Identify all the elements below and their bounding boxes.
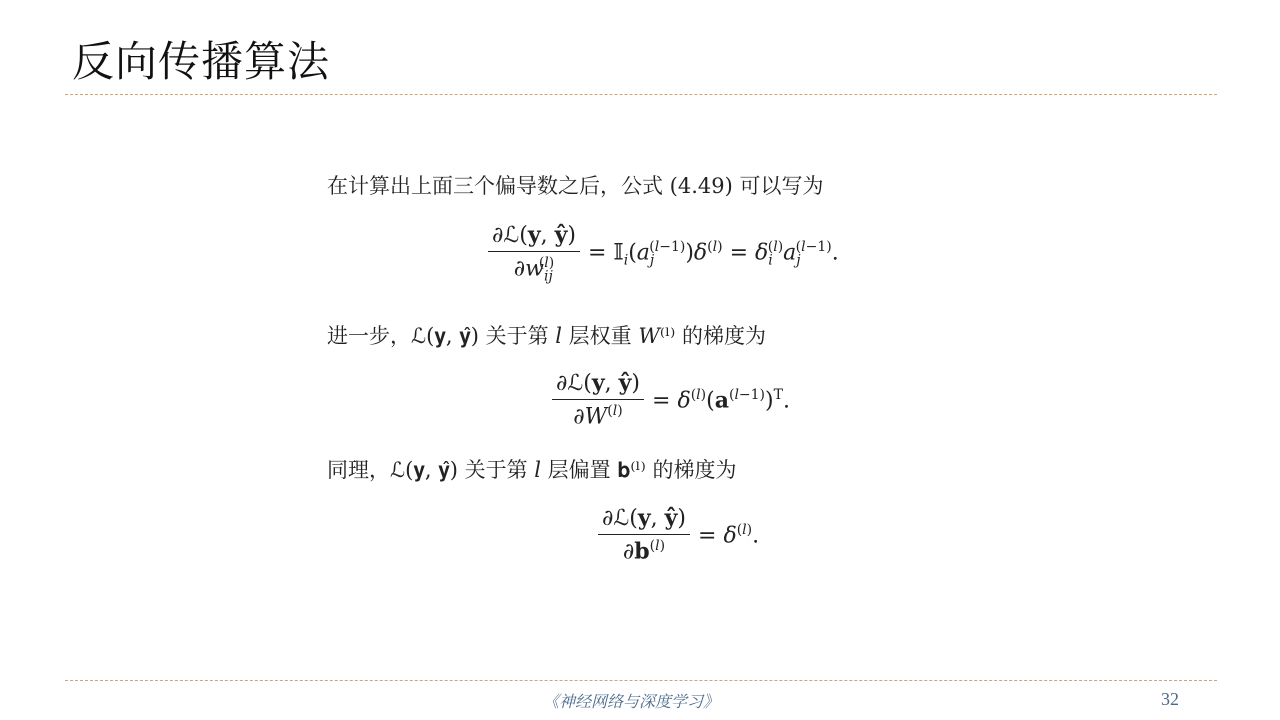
title-divider [65, 94, 1217, 95]
equation-2-denominator: ∂W(l) [573, 400, 622, 429]
equation-3-rhs: = δ(l). [698, 522, 759, 548]
paragraph-2: 进一步，ℒ(𝐲, 𝐲̂) 关于第 𝑙 层权重 𝑊⁽ˡ⁾ 的梯度为 [327, 322, 766, 350]
page-number: 32 [1161, 689, 1179, 710]
equation-2: ∂ℒ(y, ŷ) ∂W(l) = δ(l)(a(l−1))T. [552, 370, 790, 429]
slide-title: 反向传播算法 [72, 36, 330, 88]
equation-3-numerator: ∂ℒ(y, ŷ) [598, 505, 690, 535]
equation-1-numerator: ∂ℒ(y, ŷ) [488, 222, 580, 252]
paragraph-3: 同理，ℒ(𝐲, 𝐲̂) 关于第 𝑙 层偏置 𝐛⁽ˡ⁾ 的梯度为 [327, 456, 736, 484]
equation-1: ∂ℒ(y, ŷ) ∂wij(l) = 𝕀i(aj(l−1))δ(l) = δi(… [488, 222, 839, 285]
equation-2-numerator: ∂ℒ(y, ŷ) [552, 370, 644, 400]
equation-1-denominator: ∂wij(l) [514, 252, 554, 285]
equation-2-rhs: = δ(l)(a(l−1))T. [652, 387, 790, 413]
equation-3-denominator: ∂b(l) [623, 535, 665, 564]
footer-book-title: 《神经网络与深度学习》 [543, 689, 719, 712]
equation-3: ∂ℒ(y, ŷ) ∂b(l) = δ(l). [598, 505, 759, 564]
footer-divider [65, 680, 1217, 681]
equation-2-fraction: ∂ℒ(y, ŷ) ∂W(l) [552, 370, 644, 429]
equation-1-rhs: = 𝕀i(aj(l−1))δ(l) = δi(l)aj(l−1). [588, 239, 839, 269]
paragraph-1: 在计算出上面三个偏导数之后，公式 (4.49) 可以写为 [327, 172, 824, 200]
equation-3-fraction: ∂ℒ(y, ŷ) ∂b(l) [598, 505, 690, 564]
equation-1-fraction: ∂ℒ(y, ŷ) ∂wij(l) [488, 222, 580, 285]
